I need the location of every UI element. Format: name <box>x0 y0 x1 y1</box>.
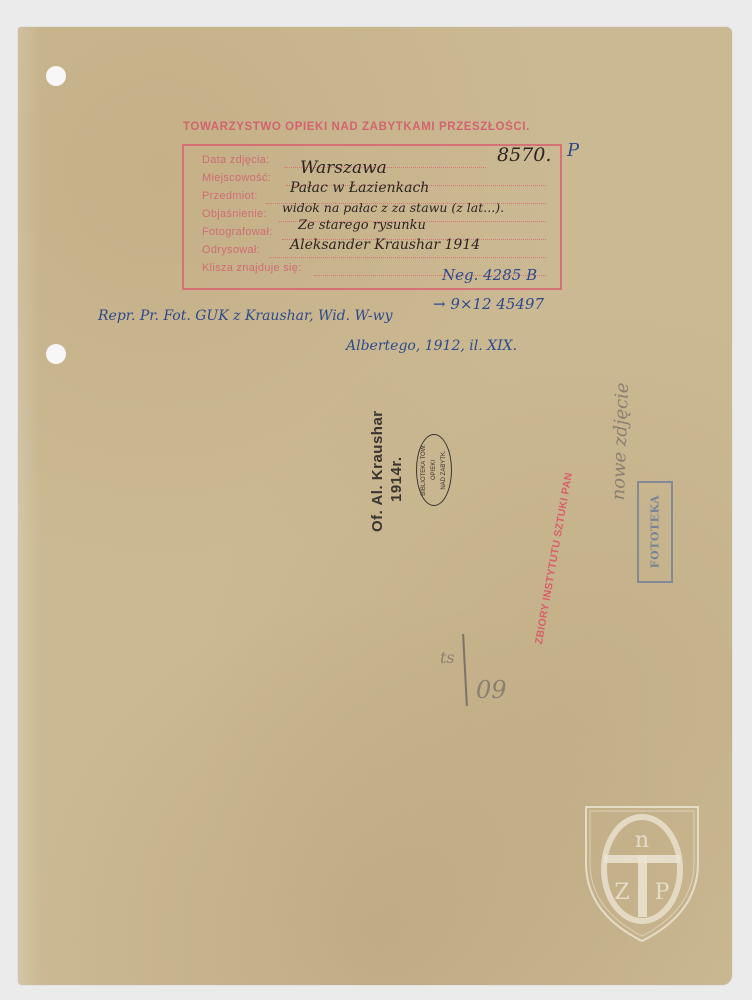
library-oval-text: BIBLIOTEKA TOW. OPIEKI NAD ZABYTK. <box>419 437 449 503</box>
field-label: Fotografował: <box>202 226 273 238</box>
field-label: Objaśnienie: <box>202 208 267 220</box>
punch-hole <box>46 344 66 364</box>
society-stamp-header: TOWARZYSTWO OPIEKI NAD ZABYTKAMI PRZESZŁ… <box>183 121 563 133</box>
oval-line3: NAD ZABYTK. <box>439 437 449 503</box>
library-oval-stamp: BIBLIOTEKA TOW. OPIEKI NAD ZABYTK. <box>416 434 452 506</box>
oval-line1: BIBLIOTEKA TOW. <box>419 437 429 503</box>
kraushar-stamp-line1: Of. Al. Kraushar <box>368 410 387 532</box>
reproduction-arrow-note: → 9×12 45497 <box>433 295 544 313</box>
reproduction-note-line1: Repr. Pr. Fot. GUK z Kraushar, Wid. W-wy <box>98 308 393 324</box>
value-negative: Neg. 4285 B <box>442 266 537 284</box>
svg-text:Z: Z <box>614 880 629 905</box>
field-label: Miejscowość: <box>202 172 271 184</box>
pencil-note-09: 09 <box>476 676 507 704</box>
value-photographer: Ze starego rysunku <box>298 218 426 233</box>
pencil-note-ts: ts <box>440 648 455 667</box>
value-subject: Pałac w Łazienkach <box>290 180 429 196</box>
field-label: Data zdjęcia: <box>202 154 270 166</box>
shield-monogram-watermark-icon: n Z P <box>582 803 702 945</box>
fototeka-label: FOTOTEKA <box>649 487 662 577</box>
pencil-vertical-note: nowe zdjęcie <box>608 382 633 501</box>
svg-text:P: P <box>655 880 670 905</box>
fototeka-stamp: FOTOTEKA <box>637 481 673 583</box>
field-label: Klisza znajduje się: <box>202 262 302 274</box>
value-drawn-by: Aleksander Kraushar 1914 <box>290 237 480 253</box>
catalog-suffix: P <box>567 140 579 161</box>
value-description: widok na pałac z za stawu (z lat...). <box>282 200 504 215</box>
punch-hole <box>46 66 66 86</box>
value-place: Warszawa <box>300 158 387 178</box>
reproduction-note-line2: Albertego, 1912, il. XIX. <box>346 338 517 354</box>
oval-line2: OPIEKI <box>429 437 439 503</box>
catalog-number: 8570. <box>497 144 551 166</box>
field-line <box>269 257 546 258</box>
kraushar-stamp: Of. Al. Kraushar 1914r. <box>368 410 406 532</box>
field-label: Odrysował: <box>202 244 260 256</box>
kraushar-stamp-line2: 1914r. <box>387 410 406 532</box>
svg-text:n: n <box>635 828 649 853</box>
field-label: Przedmiot: <box>202 190 258 202</box>
